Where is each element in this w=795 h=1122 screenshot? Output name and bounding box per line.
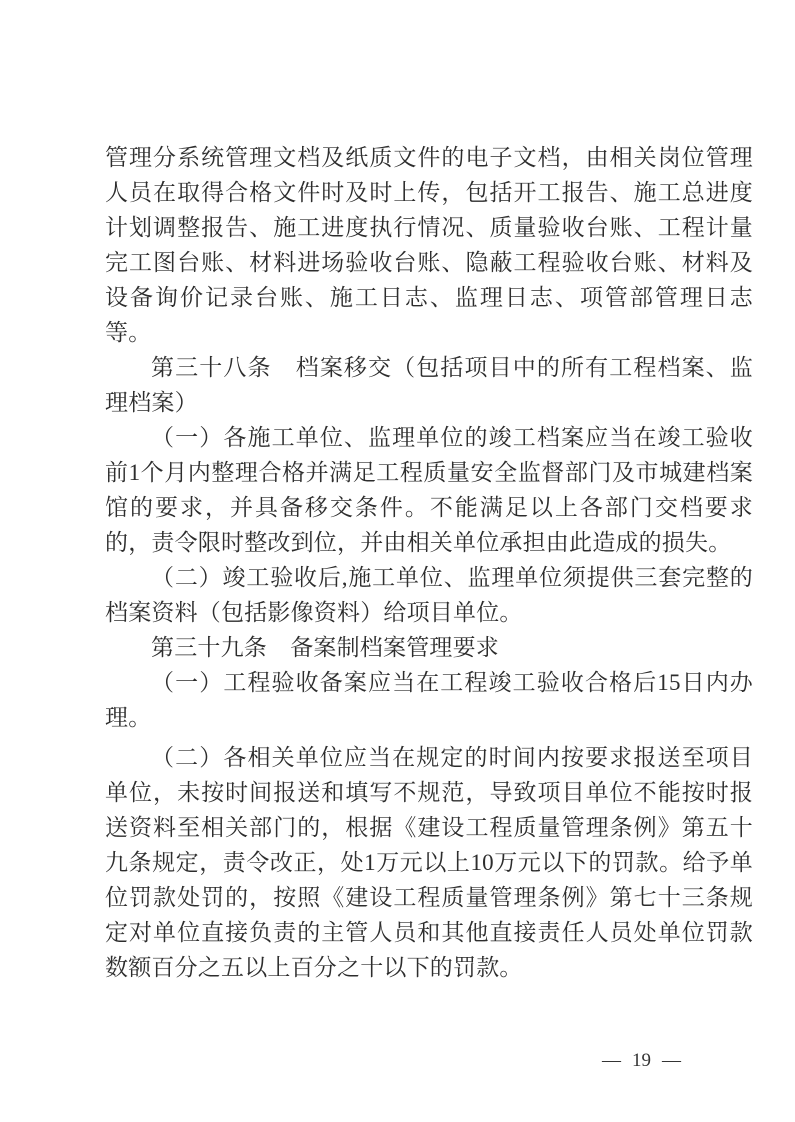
page-number: 19 xyxy=(632,1050,651,1072)
article-39-clause-1: （一）工程验收备案应当在工程竣工验收合格后15日内办理。 xyxy=(105,665,753,735)
document-page: 管理分系统管理文档及纸质文件的电子文档，由相关岗位管理人员在取得合格文件时及时上… xyxy=(0,0,795,1122)
page-footer: — 19 — xyxy=(602,1050,681,1072)
article-38-heading: 第三十八条 档案移交（包括项目中的所有工程档案、监理档案） xyxy=(105,350,753,420)
article-39-clause-2: （二）各相关单位应当在规定的时间内按要求报送至项目单位，未按时间报送和填写不规范… xyxy=(105,740,753,985)
article-39-heading: 第三十九条 备案制档案管理要求 xyxy=(105,630,753,665)
footer-dash-left: — xyxy=(602,1050,621,1072)
article-38-clause-1: （一）各施工单位、监理单位的竣工档案应当在竣工验收前1个月内整理合格并满足工程质… xyxy=(105,420,753,560)
footer-dash-right: — xyxy=(662,1050,681,1072)
document-body: 管理分系统管理文档及纸质文件的电子文档，由相关岗位管理人员在取得合格文件时及时上… xyxy=(105,140,753,985)
body-paragraph-continuation: 管理分系统管理文档及纸质文件的电子文档，由相关岗位管理人员在取得合格文件时及时上… xyxy=(105,140,753,350)
article-38-clause-2: （二）竣工验收后,施工单位、监理单位须提供三套完整的档案资料（包括影像资料）给项… xyxy=(105,560,753,630)
